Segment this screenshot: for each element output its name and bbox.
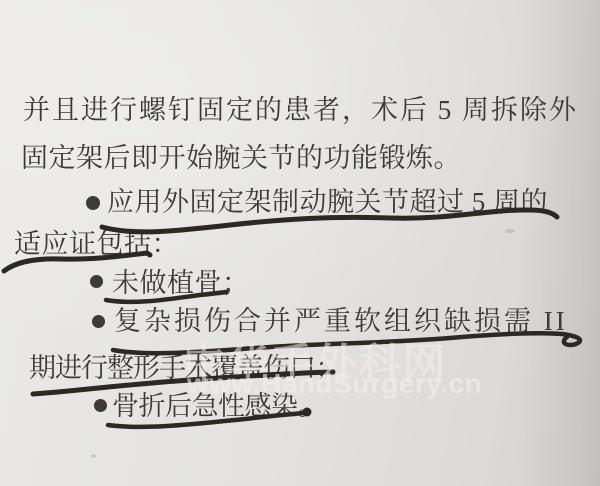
bullet-marker [90, 275, 103, 288]
bullet-line-indications-heading: 应用外固定架制动腕关节超过 5 周的 [107, 187, 548, 218]
bullet-marker [94, 399, 107, 412]
bullet-line-complex-injury: 复杂损伤合并严重软组织缺损需 II [114, 306, 568, 337]
photo-speck [91, 454, 96, 458]
bullet-line-acute-infection: 骨折后急性感染。 [112, 391, 324, 422]
paragraph-line-1: 并且进行螺钉固定的患者，术后 5 周拆除外 [23, 95, 578, 126]
bullet-line-complex-injury-cont: 期进行整形手术覆盖伤口； [29, 353, 341, 384]
photo-speck [505, 229, 515, 233]
paragraph-line-2: 固定架后即开始腕关节的功能锻炼。 [21, 143, 461, 174]
bullet-marker [92, 315, 105, 328]
bullet-marker [86, 196, 100, 210]
bullet-line-indications-heading-cont: 适应证包括： [14, 229, 179, 260]
book-page-photo: 并且进行螺钉固定的患者，术后 5 周拆除外 固定架后即开始腕关节的功能锻炼。 应… [0, 0, 600, 486]
bullet-line-no-bone-graft: 未做植骨； [112, 268, 250, 299]
